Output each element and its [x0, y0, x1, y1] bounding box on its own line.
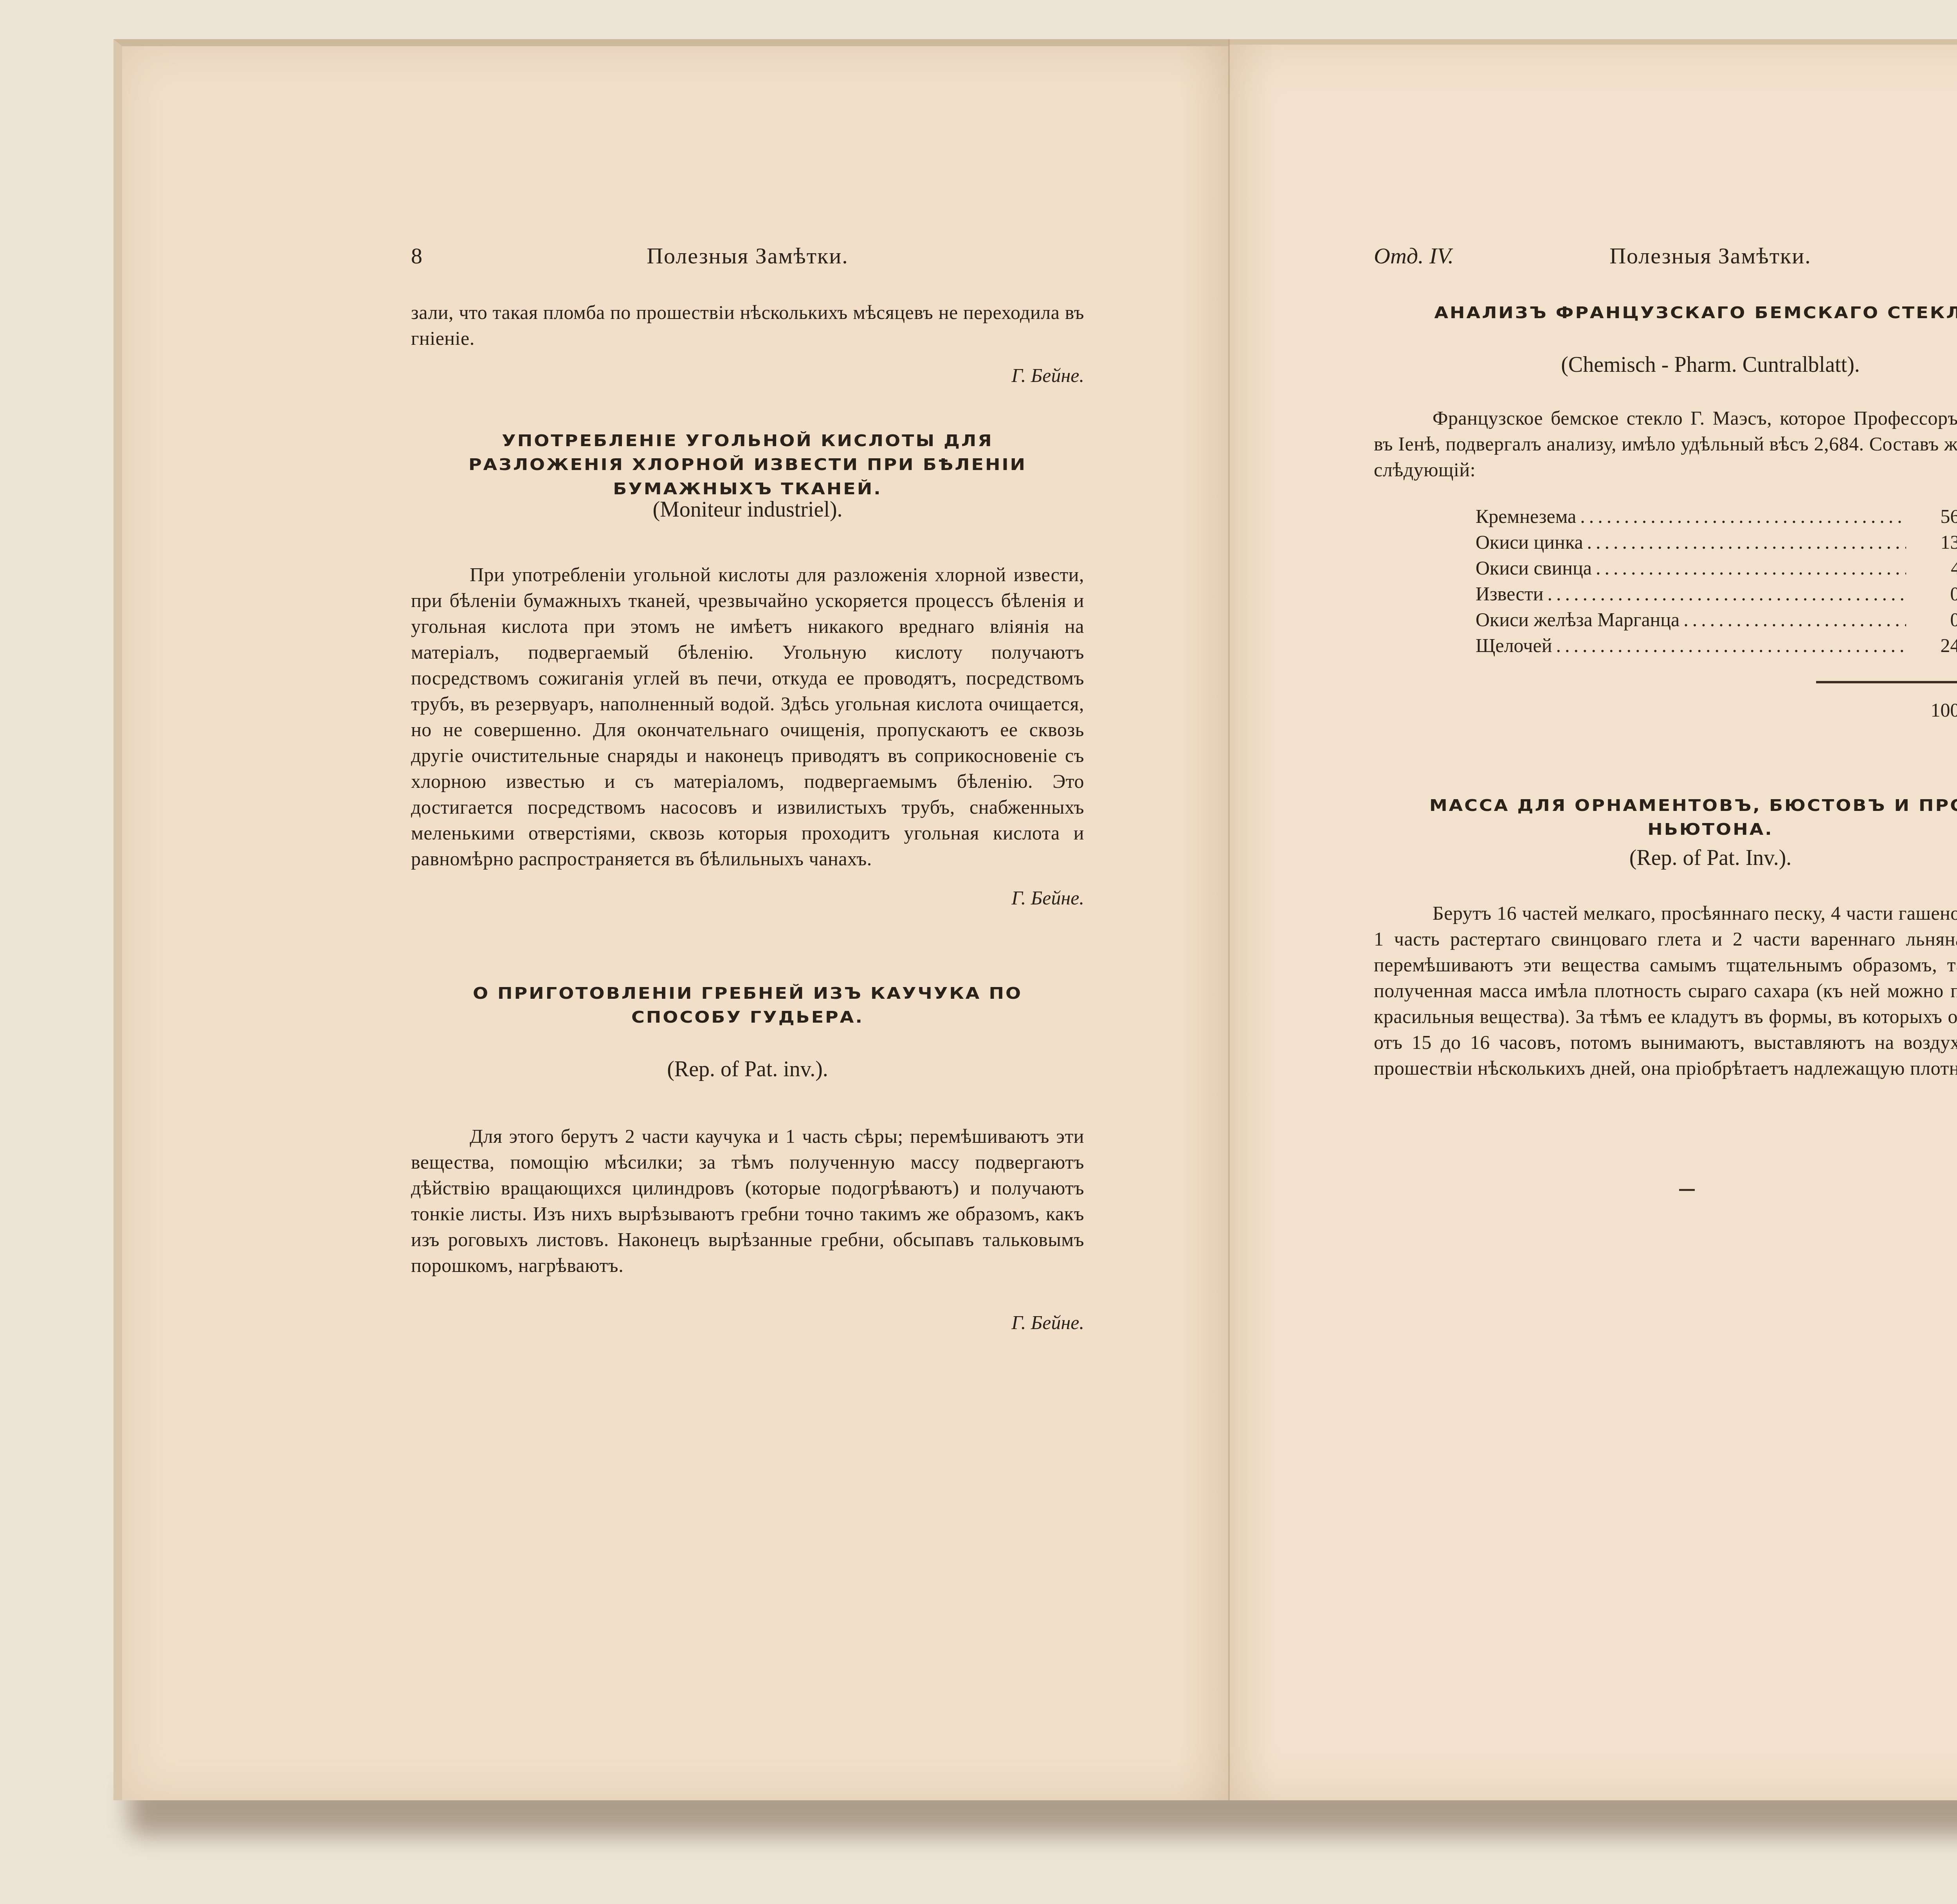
article-body: Берутъ 16 частей мелкаго, просѣяннаго пе… [1374, 900, 1957, 1081]
article-source: (Moniteur industriel). [411, 497, 1084, 522]
continuation-paragraph: зали, что такая пломба по прошествіи нѣс… [411, 299, 1084, 351]
leader-dots: ........................................… [1596, 557, 1906, 579]
right-running-head: Отд. IV. Полезныя Замѣтки. 9 [1374, 243, 1957, 270]
book-spine [1228, 39, 1230, 1800]
table-row: Окиси желѣза Марганца ..................… [1476, 608, 1957, 634]
open-book: 8 Полезныя Замѣтки. зали, что такая плом… [114, 39, 1957, 1800]
leader-dots: ........................................… [1580, 505, 1906, 528]
leader-dots: ........................................… [1683, 608, 1906, 631]
article-heading: Употребленіе угольной кислоты для разлож… [411, 429, 1084, 501]
article-source: (Chemisch - Pharm. Cuntralblatt). [1374, 352, 1957, 377]
end-dash [1679, 1189, 1695, 1191]
table-row: Окиси цинка ............................… [1476, 531, 1957, 557]
composition-total: 100,00 [1871, 699, 1957, 721]
component-name: Извести [1476, 582, 1543, 605]
left-running-head: 8 Полезныя Замѣтки. [411, 243, 1084, 270]
article-source: (Rep. of Pat. inv.). [411, 1057, 1084, 1082]
article-body: Для этого берутъ 2 части каучука и 1 час… [411, 1123, 1084, 1278]
signature: Г. Бейне. [1374, 744, 1957, 766]
article-source: (Rep. of Pat. Inv.). [1374, 845, 1957, 870]
signature: Г. Бейне. [411, 364, 1131, 387]
leader-dots: ........................................… [1547, 582, 1906, 605]
article-body: При употребленіи угольной кислоты для ра… [411, 562, 1084, 872]
component-value: 4,11 [1910, 557, 1957, 579]
signature: Г. Бейне. [411, 1311, 1131, 1334]
article-heading: Масса для орнаментовъ, бюстовъ и проч. Н… [1374, 793, 1957, 841]
component-value: 13,50 [1910, 531, 1957, 553]
component-name: Окиси цинка [1476, 531, 1583, 553]
signature: Г. Бейне. [1374, 1135, 1957, 1158]
table-row: Извести ................................… [1476, 582, 1957, 608]
signature: Г. Бейне. [411, 886, 1131, 909]
article-heading: Анализъ французскаго бемскаго стекла. [1374, 301, 1957, 324]
article-body: Французское бемское стекло Г. Маэсъ, кот… [1374, 405, 1957, 483]
running-title: Полезныя Замѣтки. [411, 243, 1084, 269]
component-name: Окиси свинца [1476, 557, 1592, 579]
leader-dots: ........................................… [1587, 531, 1906, 553]
component-value: 24,68 [1910, 634, 1957, 657]
component-name: Окиси желѣза Марганца [1476, 608, 1679, 631]
component-value: 0,40 [1910, 608, 1957, 631]
table-row: Окиси свинца ...........................… [1476, 557, 1957, 582]
article-heading: О приготовленіи гребней изъ каучука по с… [411, 981, 1084, 1029]
composition-table: Кремнезема .............................… [1476, 505, 1957, 660]
running-title: Полезныя Замѣтки. [1374, 243, 1957, 269]
component-name: Щелочей [1476, 634, 1552, 657]
table-row: Кремнезема .............................… [1476, 505, 1957, 531]
sum-rule [1816, 681, 1957, 683]
leader-dots: ........................................… [1556, 634, 1906, 657]
component-value: 0,70 [1910, 582, 1957, 605]
component-name: Кремнезема [1476, 505, 1576, 528]
component-value: 56,61 [1910, 505, 1957, 528]
table-row: Щелочей ................................… [1476, 634, 1957, 660]
